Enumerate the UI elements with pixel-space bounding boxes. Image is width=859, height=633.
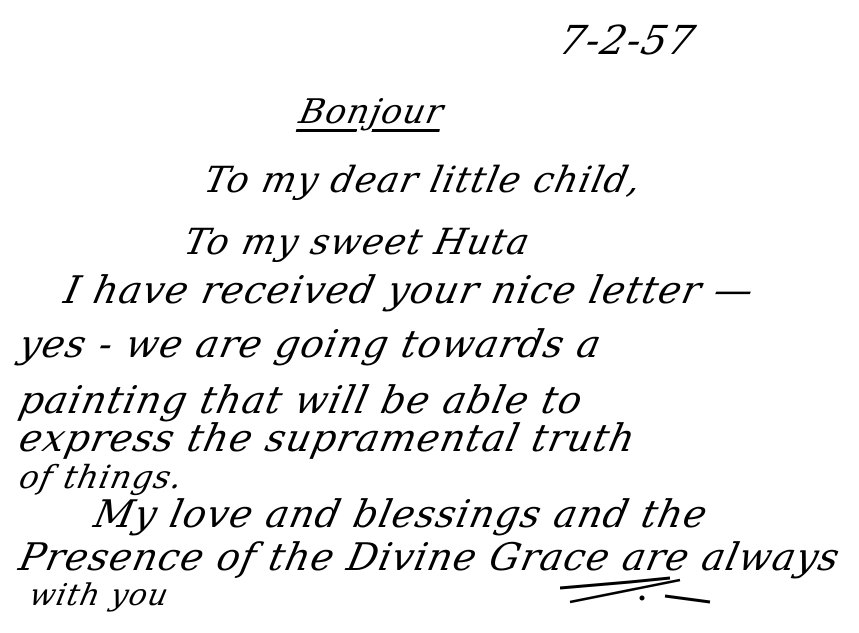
body-line: express the supramental truth (15, 416, 640, 460)
body-line: with you (26, 578, 172, 613)
body-line: My love and blessings and the (90, 492, 712, 536)
salutation-line-1: To my dear little child, (201, 160, 646, 201)
letter-greeting: Bonjour (296, 92, 448, 132)
body-line: of things. (16, 458, 187, 496)
salutation-line-2: To my sweet Huta (181, 222, 534, 263)
signature-icon (560, 572, 740, 612)
letter-date: 7-2-57 (555, 18, 700, 64)
body-line: yes - we are going towards a (15, 322, 606, 366)
body-line: I have received your nice letter — (60, 268, 758, 312)
